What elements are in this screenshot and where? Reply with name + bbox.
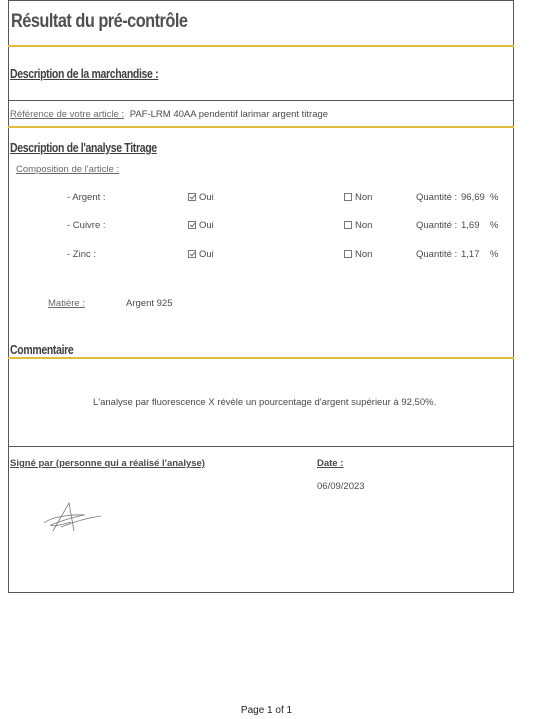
oui-label: Oui (199, 192, 214, 203)
quantity-unit: % (490, 220, 498, 231)
reference-label: Référence de votre article : (10, 109, 124, 120)
checkbox-icon[interactable] (188, 221, 196, 229)
page-title: Résultat du pré-contrôle (11, 11, 187, 33)
quantity-value: 1,69 (461, 220, 480, 231)
non-label: Non (355, 249, 372, 260)
non-checkbox[interactable]: Non (344, 249, 372, 260)
element-label: - Zinc : (67, 249, 96, 260)
checkbox-icon[interactable] (344, 221, 352, 229)
date-value: 06/09/2023 (317, 481, 365, 492)
merchandise-heading: Description de la marchandise : (10, 67, 158, 81)
non-label: Non (355, 220, 372, 231)
oui-label: Oui (199, 220, 214, 231)
checkbox-icon[interactable] (188, 250, 196, 258)
non-label: Non (355, 192, 372, 203)
element-label: - Cuivre : (67, 220, 106, 231)
quantity-label: Quantité : (416, 249, 457, 260)
signed-by-label: Signé par (personne qui a réalisé l'anal… (10, 458, 205, 469)
non-checkbox[interactable]: Non (344, 192, 372, 203)
comment-heading: Commentaire (10, 343, 73, 357)
checkbox-icon[interactable] (344, 193, 352, 201)
pre-control-document: Résultat du pré-contrôle Description de … (8, 0, 514, 593)
section-divider (8, 100, 514, 101)
reference-value: PAF-LRM 40AA pendentif larimar argent ti… (130, 109, 328, 120)
analysis-heading: Description de l'analyse Titrage (10, 141, 157, 155)
section-divider (8, 126, 514, 128)
oui-checkbox[interactable]: Oui (188, 220, 214, 231)
comment-text: L'analyse par fluorescence X révèle un p… (93, 397, 436, 408)
oui-checkbox[interactable]: Oui (188, 192, 214, 203)
page-number: Page 1 of 1 (0, 705, 533, 716)
material-value: Argent 925 (126, 298, 172, 309)
section-divider (8, 357, 514, 359)
quantity-value: 1,17 (461, 249, 480, 260)
element-label: - Argent : (67, 192, 106, 203)
reference-row: Référence de votre article : PAF-LRM 40A… (10, 109, 328, 120)
oui-checkbox[interactable]: Oui (188, 249, 214, 260)
quantity-label: Quantité : (416, 220, 457, 231)
checkbox-icon[interactable] (188, 193, 196, 201)
signature-icon (41, 497, 105, 537)
oui-label: Oui (199, 249, 214, 260)
non-checkbox[interactable]: Non (344, 220, 372, 231)
section-divider (8, 446, 514, 447)
quantity-value: 96,69 (461, 192, 485, 203)
quantity-label: Quantité : (416, 192, 457, 203)
material-label: Matière : (48, 298, 85, 309)
quantity-unit: % (490, 249, 498, 260)
section-divider (8, 45, 514, 47)
composition-label: Composition de l'article : (16, 164, 119, 175)
checkbox-icon[interactable] (344, 250, 352, 258)
date-label: Date : (317, 458, 343, 469)
quantity-unit: % (490, 192, 498, 203)
